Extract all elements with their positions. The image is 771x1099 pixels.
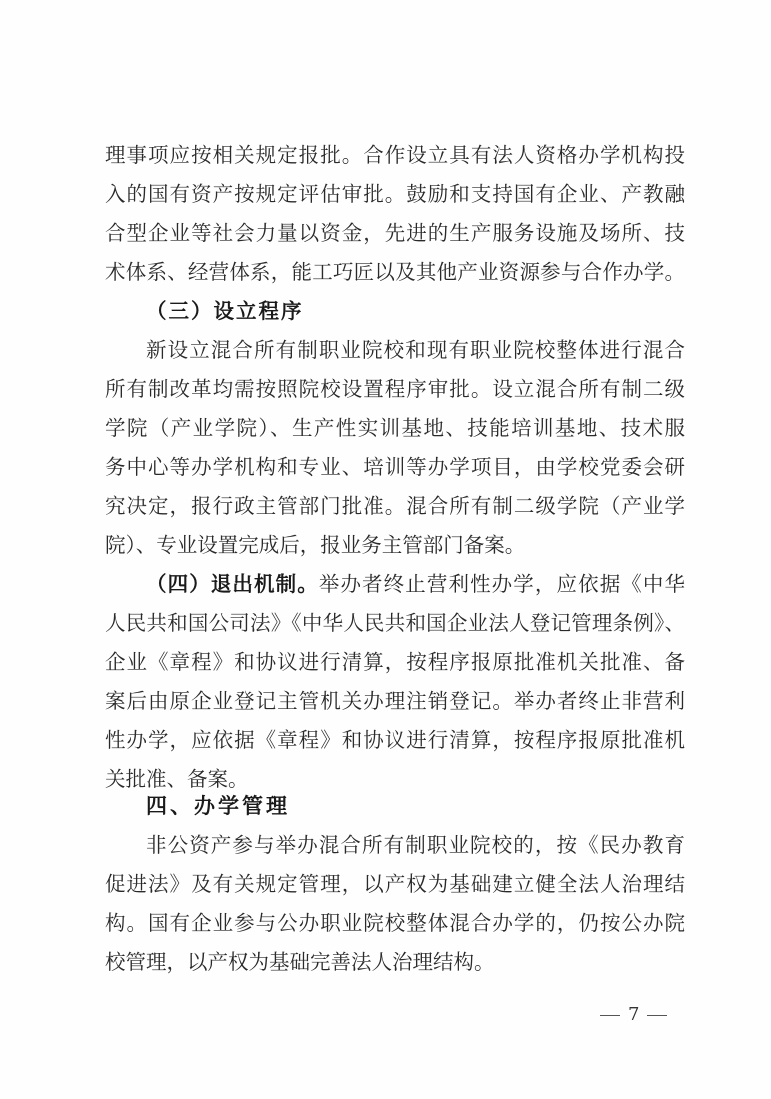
paragraph-line: 务中心等办学机构和专业、培训等办学项目，由学校党委会研 bbox=[105, 452, 685, 482]
section-heading-establishment-procedure: （三）设立程序 bbox=[146, 296, 304, 326]
paragraph-line: 性办学，应依据《章程》和协议进行清算，按程序报原批准机 bbox=[105, 725, 685, 755]
paragraph-line: 入的国有资产按规定评估审批。鼓励和支持国有企业、产教融 bbox=[105, 179, 685, 209]
paragraph-line: 促进法》及有关规定管理，以产权为基础建立健全法人治理结 bbox=[105, 869, 685, 899]
section-heading-exit-mechanism: （四）退出机制。 bbox=[146, 572, 319, 596]
paragraph-line: 关批准、备案。 bbox=[105, 764, 685, 794]
paragraph-line: 术体系、经营体系，能工巧匠以及其他产业资源参与合作办学。 bbox=[105, 257, 685, 287]
paragraph-line-exit-mechanism: （四）退出机制。举办者终止营利性办学，应依据《中华 bbox=[146, 569, 685, 599]
paragraph-line: 合型企业等社会力量以资金，先进的生产服务设施及场所、技 bbox=[105, 218, 685, 248]
paragraph-line: 人民共和国公司法》《中华人民共和国企业法人登记管理条例》、 bbox=[105, 608, 685, 638]
paragraph-line: 院）、专业设置完成后，报业务主管部门备案。 bbox=[105, 530, 685, 560]
paragraph-line: 所有制改革均需按照院校设置程序审批。设立混合所有制二级 bbox=[105, 374, 685, 404]
paragraph-line: 企业《章程》和协议进行清算，按程序报原批准机关批准、备 bbox=[105, 647, 685, 677]
dash-decoration bbox=[647, 1015, 667, 1016]
paragraph-line: 新设立混合所有制职业院校和现有职业院校整体进行混合 bbox=[146, 335, 685, 365]
paragraph-text: 举办者终止营利性办学，应依据《中华 bbox=[319, 572, 685, 596]
dash-decoration bbox=[600, 1015, 620, 1016]
paragraph-line: 理事项应按相关规定报批。合作设立具有法人资格办学机构投 bbox=[105, 140, 685, 170]
page-number-value: 7 bbox=[628, 1004, 639, 1025]
paragraph-line: 校管理，以产权为基础完善法人治理结构。 bbox=[105, 947, 685, 977]
paragraph-line: 究决定，报行政主管部门批准。混合所有制二级学院（产业学 bbox=[105, 491, 685, 521]
paragraph-line: 学院（产业学院）、生产性实训基地、技能培训基地、技术服 bbox=[105, 413, 685, 443]
paragraph-line: 非公资产参与举办混合所有制职业院校的，按《民办教育 bbox=[146, 830, 685, 860]
paragraph-line: 构。国有企业参与公办职业院校整体混合办学的，仍按公办院 bbox=[105, 908, 685, 938]
paragraph-line: 案后由原企业登记主管机关办理注销登记。举办者终止非营利 bbox=[105, 686, 685, 716]
page-number: 7 bbox=[592, 1002, 675, 1028]
document-page: 理事项应按相关规定报批。合作设立具有法人资格办学机构投 入的国有资产按规定评估审… bbox=[0, 0, 771, 1099]
chapter-heading-school-management: 四、办学管理 bbox=[146, 791, 290, 821]
